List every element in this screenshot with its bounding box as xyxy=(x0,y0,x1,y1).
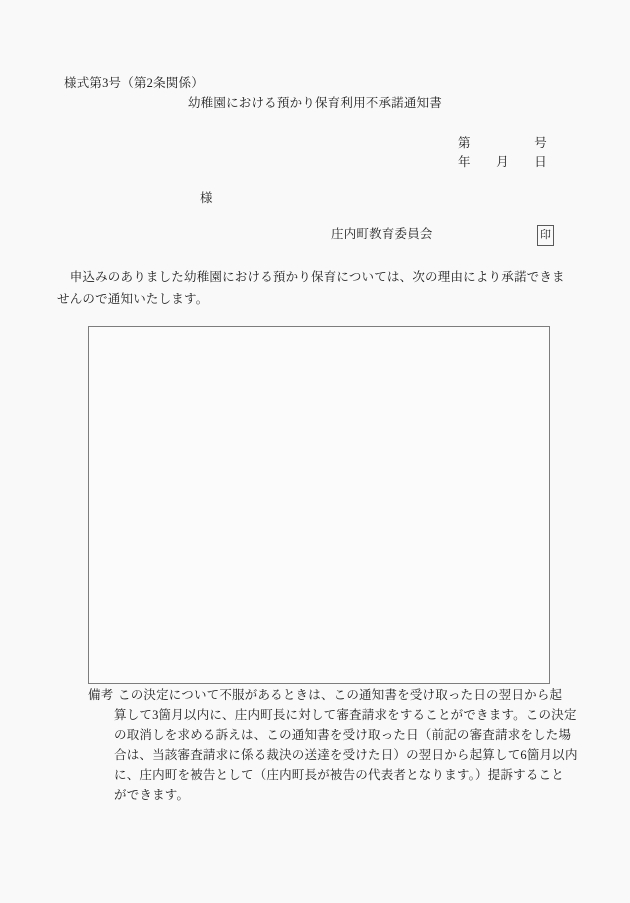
body-paragraph: 申込みのありました幼稚園における預かり保育については、次の理由により承諾できま … xyxy=(57,266,577,310)
remarks-label: 備考 xyxy=(88,685,114,705)
seal-box: 印 xyxy=(537,225,554,246)
seal-label: 印 xyxy=(540,230,551,241)
document-page: 様式第3号（第2条関係） 幼稚園における預かり保育利用不承諾通知書 第 号 年 … xyxy=(0,0,630,903)
document-number-line: 第 号 xyxy=(458,136,547,152)
document-title: 幼稚園における預かり保育利用不承諾通知書 xyxy=(0,96,630,112)
form-number: 様式第3号（第2条関係） xyxy=(64,76,204,92)
remarks-text: この決定について不服があるときは、この通知書を受け取った日の翌日から起 算して3… xyxy=(114,685,580,805)
reason-box xyxy=(88,326,550,684)
addressee-honorific: 様 xyxy=(200,191,213,207)
issuer-name: 庄内町教育委員会 xyxy=(331,227,433,243)
document-date-line: 年 月 日 xyxy=(458,155,547,171)
remarks-section: 備考 この決定について不服があるときは、この通知書を受け取った日の翌日から起 算… xyxy=(88,685,580,805)
